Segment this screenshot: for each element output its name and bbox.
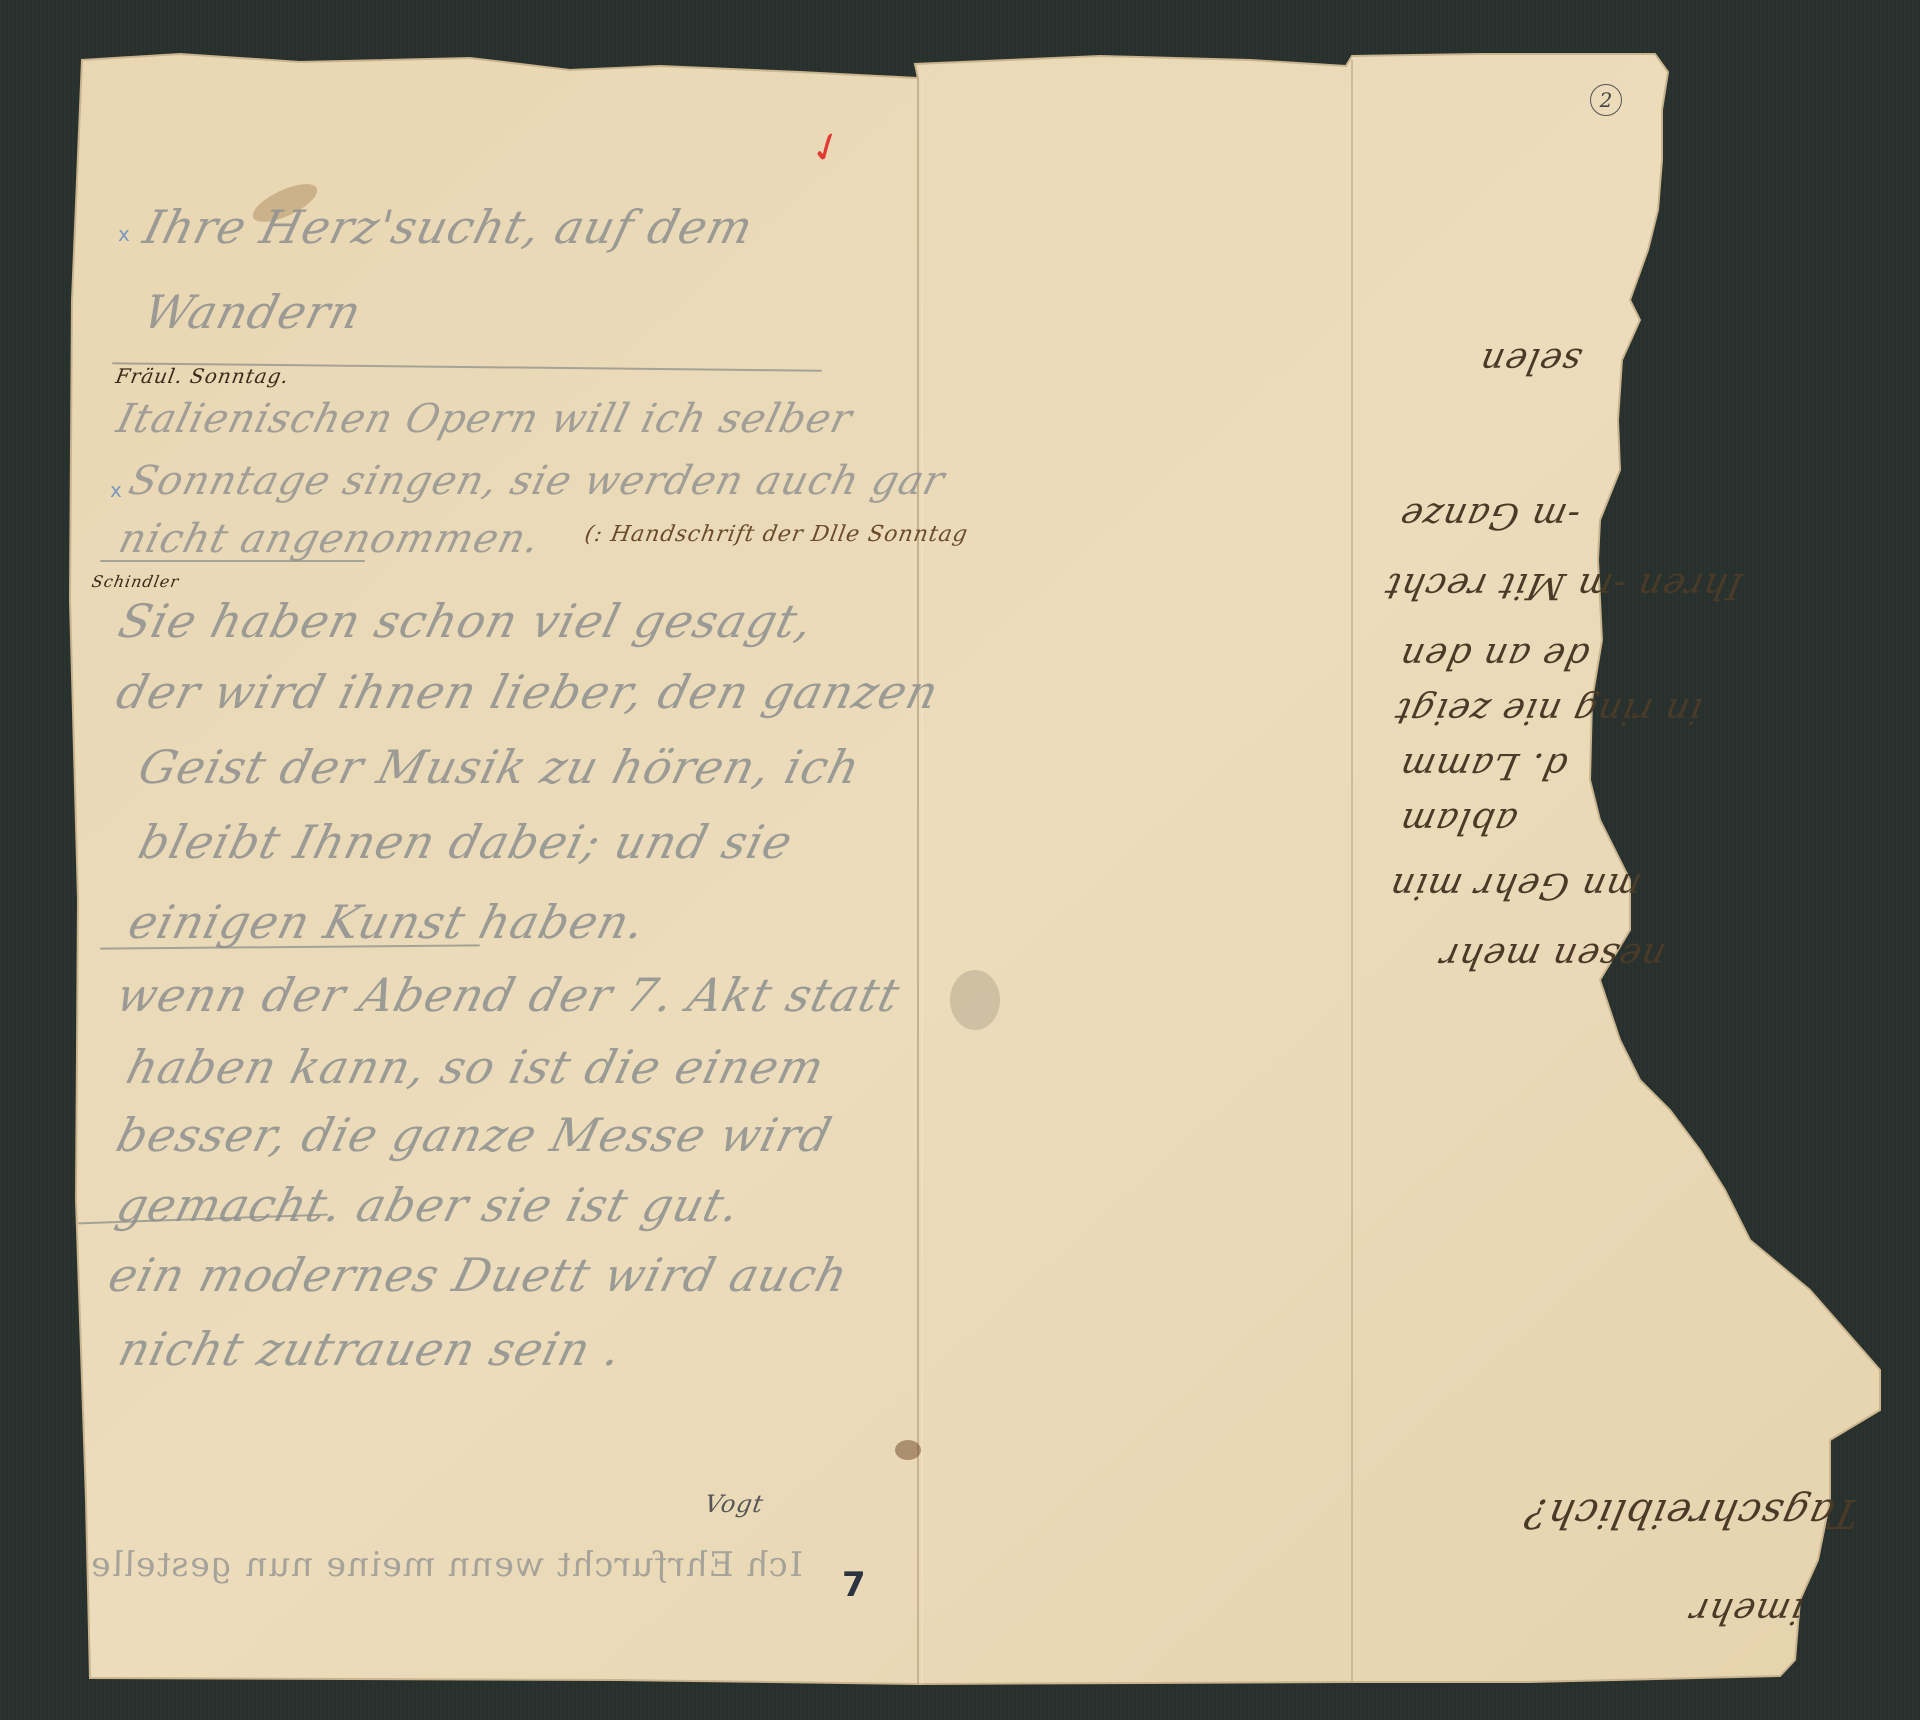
mirrored-ink-line: in ring nie zeigt bbox=[1391, 690, 1706, 731]
mirrored-ink-line: Ihren -m Mit recht bbox=[1381, 565, 1747, 606]
mirrored-ink-line: imehr bbox=[1686, 1590, 1807, 1631]
pencil-line: haben kann, so ist die einem bbox=[121, 1040, 830, 1094]
pencil-line: besser, die ganze Messe wird bbox=[111, 1108, 837, 1162]
mirrored-ink-line: d. Lamm bbox=[1396, 745, 1571, 786]
pencil-line: Geist der Musik zu hören, ich bbox=[133, 740, 866, 794]
pencil-line: Sonntage singen, sie werden auch gar bbox=[124, 458, 950, 504]
ink-note-vogt: Vogt bbox=[703, 1490, 767, 1518]
folio-number: 2 bbox=[1590, 84, 1622, 116]
mirrored-ink-line: ablam bbox=[1396, 800, 1521, 841]
pencil-line: bleibt Ihnen dabei; und sie bbox=[133, 815, 798, 869]
pencil-line: gemacht. aber sie ist gut. bbox=[111, 1178, 746, 1232]
pencil-line: Italienischen Opern will ich selber bbox=[112, 396, 857, 442]
pencil-line: nicht angenommen. bbox=[114, 516, 545, 562]
pencil-line: Ihre Herz'sucht, auf dem bbox=[138, 200, 759, 254]
manuscript-content: ✓ 2 x Ihre Herz'sucht, auf dem Wandern F… bbox=[0, 0, 1920, 1720]
ink-label-fraeulein-sonntag: Fräul. Sonntag. bbox=[114, 364, 291, 388]
pencil-line: der wird ihnen lieber, den ganzen bbox=[111, 665, 944, 719]
pencil-line: Sie haben schon viel gesagt, bbox=[113, 594, 819, 648]
pencil-line: einigen Kunst haben. bbox=[123, 895, 651, 949]
ink-note-handwriting-attribution: (: Handschrift der Dlle Sonntag bbox=[583, 522, 970, 547]
ink-label-schindler: Schindler bbox=[90, 572, 180, 591]
mirrored-ink-line: -m Ganze bbox=[1396, 495, 1584, 536]
mirrored-ink-line: nesen mehr bbox=[1436, 935, 1669, 976]
page-number: 7 bbox=[842, 1565, 866, 1605]
blue-x-marker: x bbox=[110, 478, 123, 502]
mirrored-ink-line: selen bbox=[1476, 340, 1586, 381]
foxing-stain bbox=[950, 970, 1000, 1030]
mirrored-pencil-line: Ich Ehrfurcht wenn meine nun gestelle bbox=[86, 1545, 807, 1585]
mirrored-ink-line: mn Gehr min bbox=[1386, 865, 1645, 906]
pencil-divider bbox=[100, 560, 365, 562]
pencil-line: nicht zutrauen sein . bbox=[113, 1322, 628, 1376]
pencil-line: wenn der Abend der 7. Akt statt bbox=[111, 968, 905, 1022]
mirrored-ink-line: de an den bbox=[1396, 635, 1593, 676]
pencil-line: Wandern bbox=[138, 285, 367, 339]
blue-x-marker: x bbox=[118, 222, 131, 246]
pencil-line: ein modernes Duett wird auch bbox=[103, 1248, 854, 1302]
mirrored-ink-line: Tagschreiblich? bbox=[1520, 1490, 1863, 1536]
red-check-mark: ✓ bbox=[803, 120, 851, 175]
foxing-stain bbox=[895, 1440, 921, 1460]
